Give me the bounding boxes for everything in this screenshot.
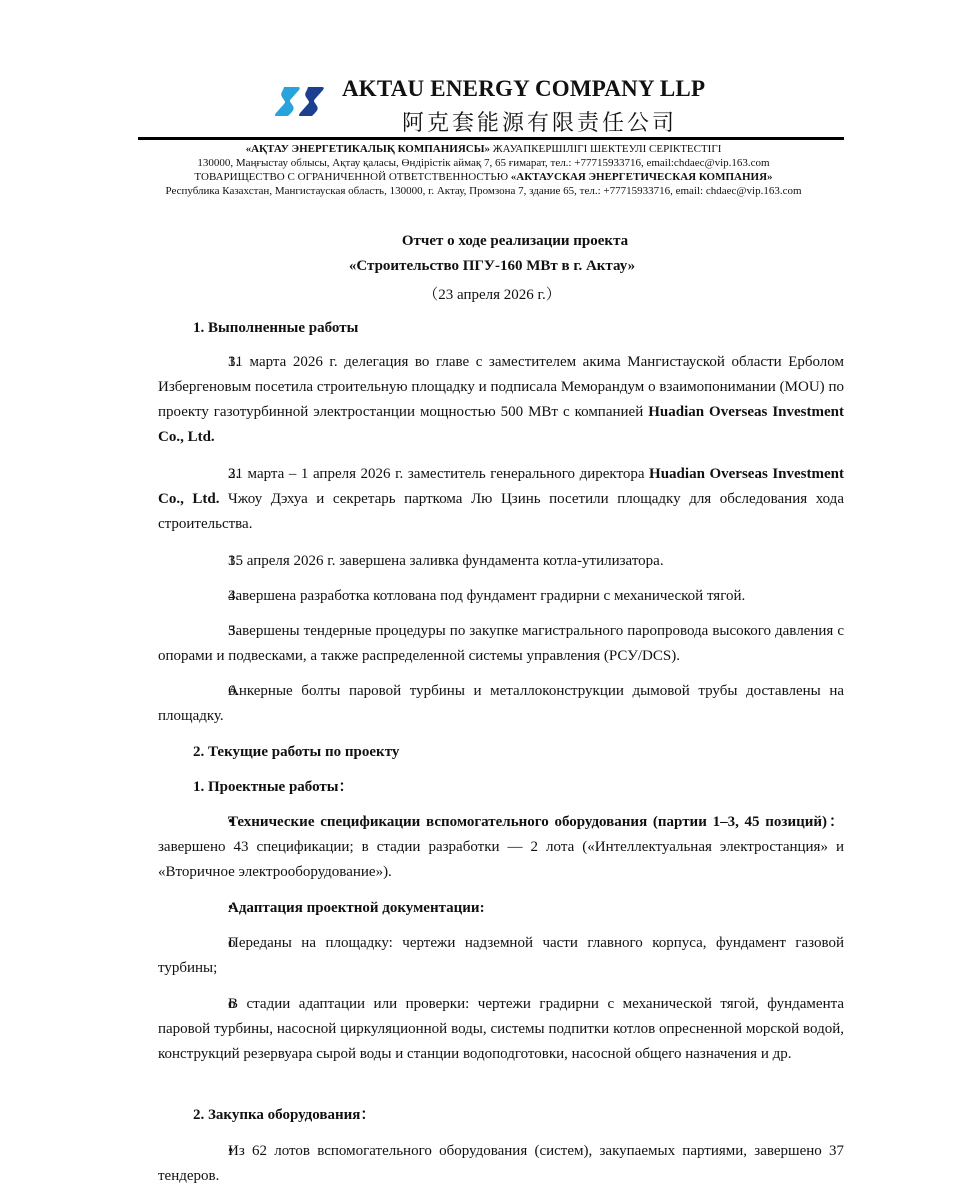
item-number: 1. xyxy=(193,350,228,375)
list-item: 1.31 марта 2026 г. делегация во главе с … xyxy=(158,350,844,450)
ru-company-name-prefix: ТОВАРИЩЕСТВО С ОГРАНИЧЕННОЙ ОТВЕТСТВЕННО… xyxy=(194,171,510,183)
ru-address: Республика Казахстан, Мангистауская обла… xyxy=(0,185,967,198)
aktau-energy-logo-icon xyxy=(274,85,326,117)
kz-company-name-bold: «АҚТАУ ЭНЕРГЕТИКАЛЫҚ КОМПАНИЯСЫ» xyxy=(246,143,490,155)
item-text: Анкерные болты паровой турбины и металло… xyxy=(158,683,844,724)
bullet-bold-lead: Технические спецификации вспомогательног… xyxy=(228,814,844,830)
item-text: Завершены тендерные процедуры по закупке… xyxy=(158,623,844,664)
subsection-design-heading: 1. Проектные работы： xyxy=(158,775,844,800)
bullet-item: •Технические спецификации вспомогательно… xyxy=(158,810,844,885)
section-1-heading: 1. Выполненные работы xyxy=(158,316,844,341)
bullet-item: •Адаптация проектной документации: xyxy=(158,896,844,921)
sub-bullet-item: oВ стадии адаптации или проверки: чертеж… xyxy=(158,992,844,1067)
hollow-bullet-icon: o xyxy=(193,992,228,1017)
item-text: 15 апреля 2026 г. завершена заливка фунд… xyxy=(228,553,664,569)
kz-company-name: «АҚТАУ ЭНЕРГЕТИКАЛЫҚ КОМПАНИЯСЫ» ЖАУАПКЕ… xyxy=(0,143,967,156)
item-number: 5. xyxy=(193,619,228,644)
title-line-1: Отчет о ходе реализации проекта xyxy=(0,233,967,258)
item-text: 31 марта – 1 апреля 2026 г. заместитель … xyxy=(228,466,649,482)
ru-company-name: ТОВАРИЩЕСТВО С ОГРАНИЧЕННОЙ ОТВЕТСТВЕННО… xyxy=(0,171,967,184)
hollow-bullet-icon: o xyxy=(193,931,228,956)
title-line-2: «Строительство ПГУ-160 МВт в г. Актау» xyxy=(0,258,967,283)
sub-bullet-text: Переданы на площадку: чертежи надземной … xyxy=(158,935,844,976)
list-item: 6.Анкерные болты паровой турбины и метал… xyxy=(158,679,844,729)
item-text: Завершена разработка котлована под фунда… xyxy=(228,588,745,604)
kz-company-name-rest: ЖАУАПКЕРШІЛІГІ ШЕКТЕУЛІ СЕРІКТЕСТІГІ xyxy=(490,143,721,155)
bullet-text: завершено 43 спецификации; в стадии разр… xyxy=(158,839,844,880)
report-title: Отчет о ходе реализации проекта «Строите… xyxy=(0,233,967,308)
document-page: AKTAU ENERGY COMPANY LLP 阿克套能源有限责任公司 «АҚ… xyxy=(0,0,967,1195)
item-number: 3. xyxy=(193,549,228,574)
list-item: 4.Завершена разработка котлована под фун… xyxy=(158,584,844,609)
item-number: 4. xyxy=(193,584,228,609)
item-number: 6. xyxy=(193,679,228,704)
bullet-icon: • xyxy=(193,810,228,835)
list-item: 3.15 апреля 2026 г. завершена заливка фу… xyxy=(158,549,844,574)
bullet-bold-lead: Адаптация проектной документации: xyxy=(228,900,485,916)
report-date: （23 апреля 2026 г.） xyxy=(0,283,967,308)
letterhead-divider xyxy=(138,137,844,140)
sub-bullet-item: oПереданы на площадку: чертежи надземной… xyxy=(158,931,844,981)
letterhead: AKTAU ENERGY COMPANY LLP 阿克套能源有限责任公司 xyxy=(0,76,967,136)
kz-address: 130000, Маңғыстау облысы, Ақтау қаласы, … xyxy=(0,157,967,170)
section-2-heading: 2. Текущие работы по проекту xyxy=(158,740,844,765)
subsection-procurement-heading: 2. Закупка оборудования： xyxy=(158,1103,844,1128)
bullet-item: •Из 62 лотов вспомогательного оборудован… xyxy=(158,1139,844,1189)
company-name-chinese: 阿克套能源有限责任公司 xyxy=(402,106,677,137)
item-text-cont: Чжоу Дэхуа и секретарь парткома Лю Цзинь… xyxy=(158,491,844,532)
bullet-text: Из 62 лотов вспомогательного оборудовани… xyxy=(158,1143,844,1184)
bullet-icon: • xyxy=(193,1139,228,1164)
company-name-english: AKTAU ENERGY COMPANY LLP xyxy=(342,76,705,102)
list-item: 2.31 марта – 1 апреля 2026 г. заместител… xyxy=(158,462,844,537)
sub-bullet-text: В стадии адаптации или проверки: чертежи… xyxy=(158,996,844,1062)
item-number: 2. xyxy=(193,462,228,487)
bullet-icon: • xyxy=(193,896,228,921)
list-item: 5.Завершены тендерные процедуры по закуп… xyxy=(158,619,844,669)
ru-company-name-bold: «АКТАУСКАЯ ЭНЕРГЕТИЧЕСКАЯ КОМПАНИЯ» xyxy=(511,171,773,183)
